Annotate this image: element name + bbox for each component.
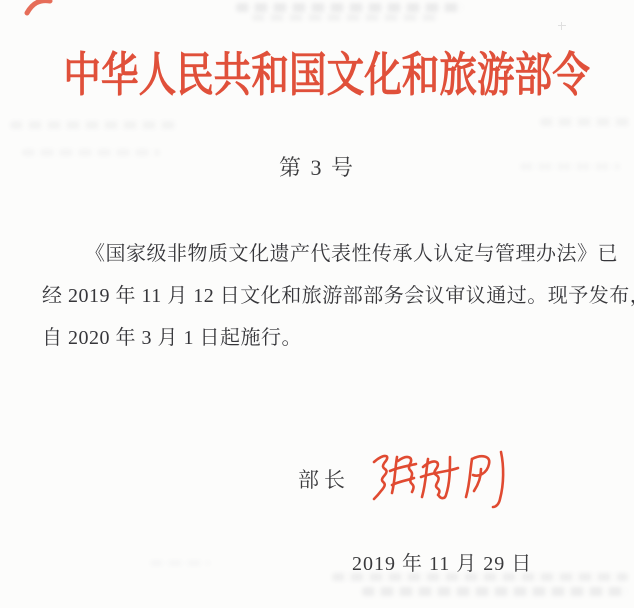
red-ink-fragment	[24, 0, 54, 16]
body-line-1: 《国家级非物质文化遗产代表性传承人认定与管理办法》已	[42, 233, 614, 275]
decree-title: 中华人民共和国文化和旅游部令	[63, 38, 570, 105]
body-line-2: 经 2019 年 11 月 12 日文化和旅游部部务会议审议通过。现予发布，	[42, 275, 614, 317]
bleedthrough-smudge	[252, 14, 440, 21]
bleedthrough-smudge	[10, 121, 178, 129]
body-line-3: 自 2020 年 3 月 1 日起施行。	[42, 317, 614, 359]
signer-title: 部长	[298, 464, 350, 494]
bleedthrough-smudge	[362, 587, 628, 596]
decree-body: 《国家级非物质文化遗产代表性传承人认定与管理办法》已 经 2019 年 11 月…	[42, 233, 614, 359]
faint-cross-mark	[558, 22, 566, 30]
bleedthrough-smudge	[150, 560, 210, 566]
minister-signature	[364, 448, 514, 512]
scanned-decree-page: 中华人民共和国文化和旅游部令 第 3 号 《国家级非物质文化遗产代表性传承人认定…	[0, 0, 634, 608]
bleedthrough-smudge	[540, 118, 630, 126]
decree-number: 第 3 号	[0, 151, 634, 182]
bleedthrough-smudge	[236, 3, 464, 12]
issue-date: 2019 年 11 月 29 日	[352, 547, 532, 576]
